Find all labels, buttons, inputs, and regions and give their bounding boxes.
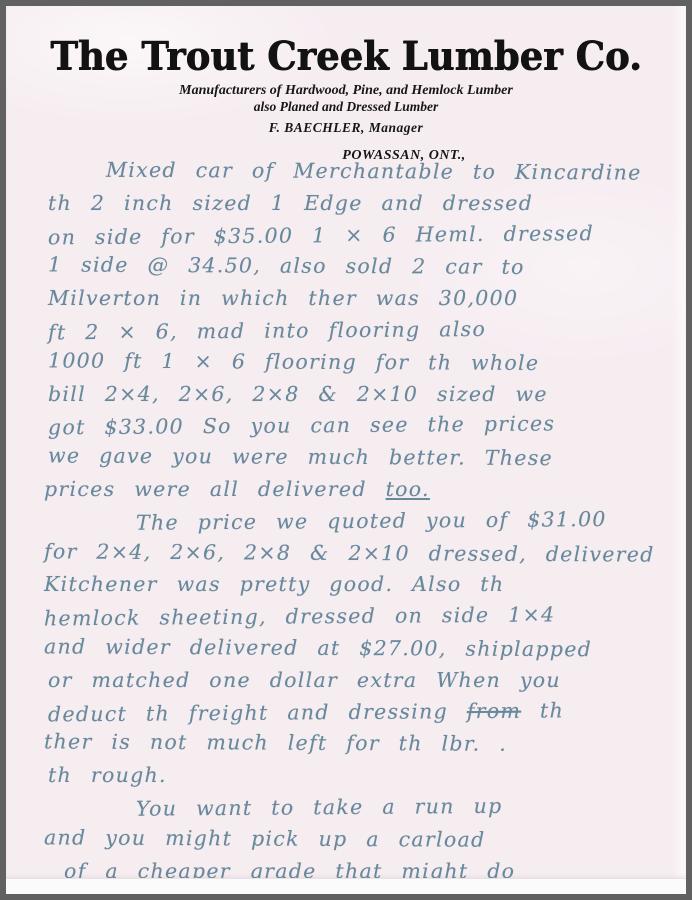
handwriting-line: Milverton in which ther was 30,000 xyxy=(44,283,662,315)
handwriting-segment: and you might pick up a carload xyxy=(44,825,486,851)
handwriting-segment: Mixed car of Merchantable to Kincardine xyxy=(106,158,642,185)
handwriting-line: 1000 ft 1 × 6 flooring for th whole xyxy=(44,345,662,380)
handwriting-line: th rough. xyxy=(44,760,662,792)
handwriting-segment: or matched one dollar extra When you xyxy=(48,668,561,692)
handwriting-line: You want to take a run up xyxy=(44,790,662,827)
handwriting-line: ther is not much left for th lbr. . xyxy=(44,727,662,762)
handwriting-line: deduct th freight and dressing from th xyxy=(44,694,662,731)
handwriting-segment: ther is not much left for th lbr. . xyxy=(44,730,507,756)
handwriting-line: we gave you were much better. These xyxy=(44,441,662,476)
handwriting-segment: bill 2×4, 2×6, 2×8 & 2×10 sized we xyxy=(48,382,548,406)
handwriting-segment: hemlock sheeting, dressed on side 1×4 xyxy=(44,603,556,631)
company-name: The Trout Creek Lumber Co. xyxy=(6,35,686,77)
handwriting-segment: for 2×4, 2×6, 2×8 & 2×10 dressed, delive… xyxy=(44,539,655,566)
letterhead-subtitle-1: Manufacturers of Hardwood, Pine, and Hem… xyxy=(6,83,686,98)
scan-edge-bottom xyxy=(6,878,686,894)
handwriting-segment: got $33.00 So you can see the prices xyxy=(48,412,555,440)
handwriting-segment: ft 2 × 6, mad into flooring also xyxy=(48,317,486,344)
handwriting-segment: th 2 inch sized 1 Edge and dressed xyxy=(48,191,533,215)
handwriting-segment: The price we quoted you of $31.00 xyxy=(136,507,607,535)
handwriting-line: The price we quoted you of $31.00 xyxy=(44,503,662,540)
handwriting-segment: th xyxy=(521,698,564,722)
handwriting-line: ft 2 × 6, mad into flooring also xyxy=(44,313,662,350)
scanned-letter-frame: The Trout Creek Lumber Co. Manufacturers… xyxy=(0,0,692,900)
handwriting-segment: we gave you were much better. These xyxy=(48,444,553,471)
handwriting-line: 1 side @ 34.50, also sold 2 car to xyxy=(44,250,662,285)
handwriting-segment: Kitchener was pretty good. Also th xyxy=(44,572,504,596)
letter-body: Mixed car of Merchantable to Kincardinet… xyxy=(44,156,662,887)
handwriting-segment: on side for $35.00 1 × 6 Heml. dressed xyxy=(48,221,594,249)
handwriting-line: got $33.00 So you can see the prices xyxy=(44,408,662,445)
handwriting-line: Mixed car of Merchantable to Kincardine xyxy=(44,154,662,189)
handwriting-segment: Milverton in which ther was 30,000 xyxy=(48,286,518,310)
handwriting-segment: You want to take a run up xyxy=(136,794,503,821)
handwriting-segment: 1000 ft 1 × 6 flooring for th whole xyxy=(48,348,539,375)
handwriting-line: th 2 inch sized 1 Edge and dressed xyxy=(44,188,662,220)
handwriting-line: and wider delivered at $27.00, shiplappe… xyxy=(44,631,662,666)
handwriting-line: bill 2×4, 2×6, 2×8 & 2×10 sized we xyxy=(44,379,662,411)
handwriting-segment: and wider delivered at $27.00, shiplappe… xyxy=(44,634,592,661)
handwriting-segment: th rough. xyxy=(48,763,167,787)
letterhead: The Trout Creek Lumber Co. Manufacturers… xyxy=(6,6,686,163)
manager-line: F. BAECHLER, Manager xyxy=(6,120,686,135)
handwriting-line: or matched one dollar extra When you xyxy=(44,665,662,697)
handwriting-segment: too. xyxy=(386,477,430,501)
letter-paper: The Trout Creek Lumber Co. Manufacturers… xyxy=(6,6,686,878)
handwriting-segment: 1 side @ 34.50, also sold 2 car to xyxy=(48,253,525,279)
handwriting-segment: deduct th freight and dressing xyxy=(48,699,467,726)
handwriting-line: Kitchener was pretty good. Also th xyxy=(44,569,662,601)
handwriting-line: on side for $35.00 1 × 6 Heml. dressed xyxy=(44,217,662,254)
handwriting-segment: prices were all delivered xyxy=(44,477,386,501)
handwriting-line: prices were all delivered too. xyxy=(44,474,662,506)
handwriting-segment: from xyxy=(467,698,522,722)
handwriting-line: for 2×4, 2×6, 2×8 & 2×10 dressed, delive… xyxy=(44,536,662,571)
handwriting-line: hemlock sheeting, dressed on side 1×4 xyxy=(44,599,662,636)
handwriting-line: and you might pick up a carload xyxy=(44,822,662,857)
letterhead-subtitle-2: also Planed and Dressed Lumber xyxy=(6,99,686,114)
